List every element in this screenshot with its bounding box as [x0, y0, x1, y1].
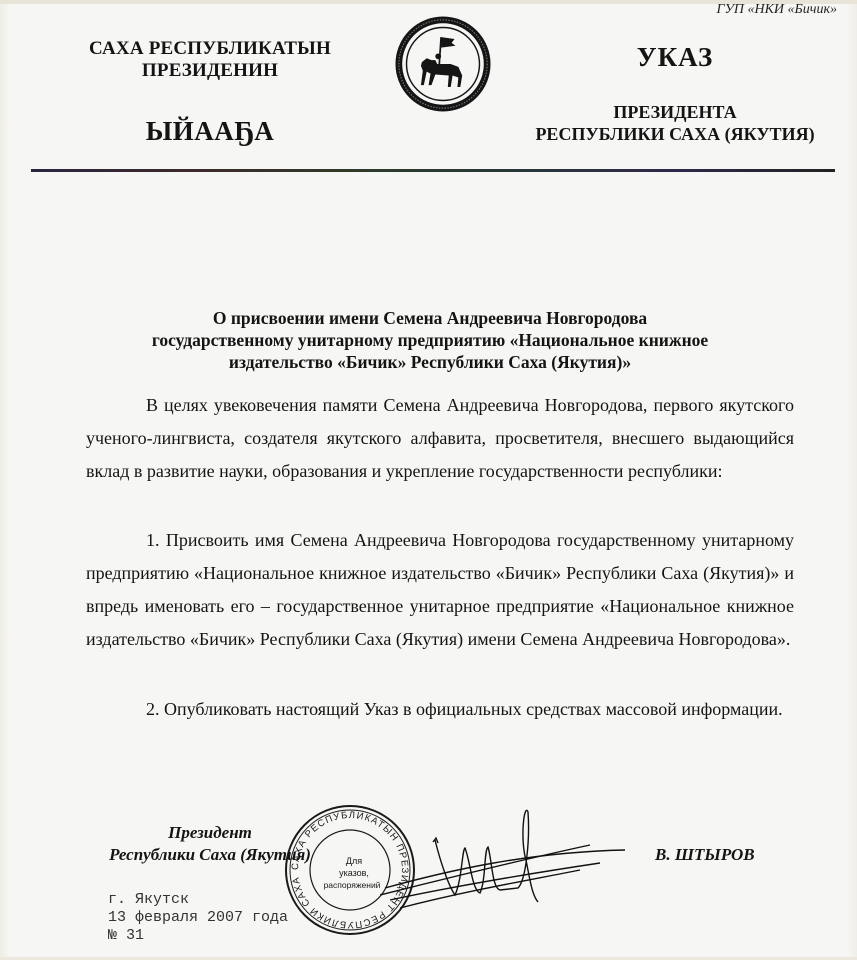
svg-text:указов,: указов,: [339, 868, 369, 878]
decree-page: ГУП «НКИ «Бичик» САХА РЕСПУБЛИКАТЫН ПРЕЗ…: [0, 0, 857, 960]
signatory-title: Президент Республики Саха (Якутия): [80, 822, 340, 866]
signatory-title-line2: Республики Саха (Якутия): [80, 844, 340, 866]
preamble-text: В целях увековечения памяти Семена Андре…: [86, 389, 794, 488]
decree-item-1-text: 1. Присвоить имя Семена Андреевича Новго…: [86, 524, 794, 656]
publisher-mark: ГУП «НКИ «Бичик»: [717, 2, 838, 18]
signatory-title-line1: Президент: [80, 822, 340, 844]
header-yakut: САХА РЕСПУБЛИКАТЫН ПРЕЗИДЕНИН ЫЙААҔА: [30, 38, 390, 147]
header-russian-decree-word: УКАЗ: [505, 42, 845, 73]
header-russian-line1: ПРЕЗИДЕНТА: [505, 101, 845, 123]
svg-text:распоряжений: распоряжений: [324, 880, 381, 890]
header-yakut-line2: ПРЕЗИДЕНИН: [30, 60, 390, 82]
header-russian: УКАЗ ПРЕЗИДЕНТА РЕСПУБЛИКИ САХА (ЯКУТИЯ): [505, 42, 845, 145]
coat-of-arms-icon: [395, 16, 491, 112]
signatory-name: В. ШТЫРОВ: [655, 845, 755, 865]
decree-title: О присвоении имени Семена Андреевича Нов…: [60, 307, 800, 373]
decree-title-line2: государственному унитарному предприятию …: [60, 329, 800, 351]
decree-number: № 31: [108, 927, 288, 945]
decree-title-line3: издательство «Бичик» Республики Саха (Як…: [60, 351, 800, 373]
preamble-paragraph: В целях увековечения памяти Семена Андре…: [86, 389, 794, 488]
svg-text:Для: Для: [346, 856, 362, 866]
decree-item-2: 2. Опубликовать настоящий Указ в официал…: [86, 693, 794, 726]
decree-item-2-text: 2. Опубликовать настоящий Указ в официал…: [86, 693, 794, 726]
header-yakut-line1: САХА РЕСПУБЛИКАТЫН: [30, 38, 390, 60]
header-russian-line2: РЕСПУБЛИКИ САХА (ЯКУТИЯ): [505, 123, 845, 145]
decree-title-line1: О присвоении имени Семена Андреевича Нов…: [60, 307, 800, 329]
place: г. Якутск: [108, 891, 288, 909]
handwritten-signature-icon: [380, 800, 660, 910]
place-date-number: г. Якутск 13 февраля 2007 года № 31: [108, 891, 288, 945]
date: 13 февраля 2007 года: [108, 909, 288, 927]
header-yakut-decree-word: ЫЙААҔА: [30, 116, 390, 147]
header-divider: [31, 169, 835, 172]
decree-item-1: 1. Присвоить имя Семена Андреевича Новго…: [86, 524, 794, 656]
